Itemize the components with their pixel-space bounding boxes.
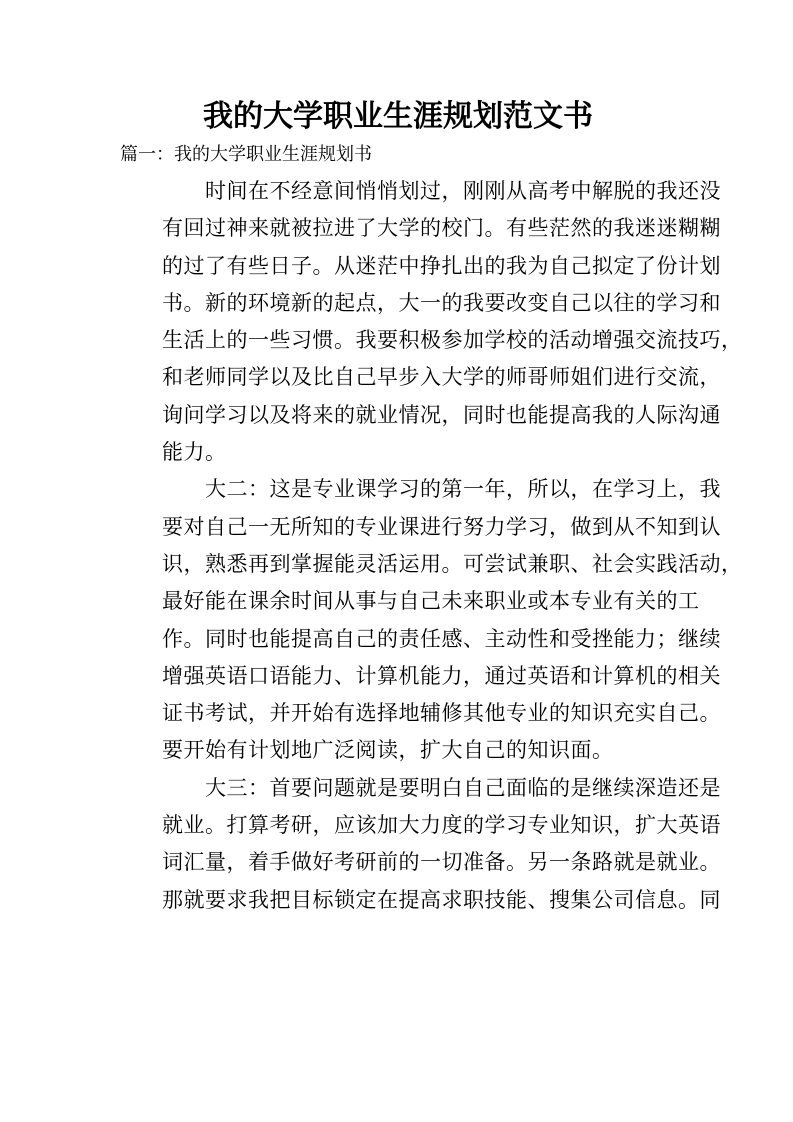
- text-line: 时间在不经意间悄悄划过，刚刚从高考中解脱的我还没: [120, 173, 676, 210]
- text-line: 书。新的环境新的起点，大一的我要改变自己以往的学习和: [120, 285, 676, 322]
- text-line: 生活上的一些习惯。我要积极参加学校的活动增强交流技巧，: [120, 322, 676, 359]
- text-line: 有回过神来就被拉进了大学的校门。有些茫然的我迷迷糊糊: [120, 210, 676, 247]
- text-line: 大二：这是专业课学习的第一年，所以，在学习上，我: [120, 471, 676, 508]
- text-line: 要对自己一无所知的专业课进行努力学习，做到从不知到认: [120, 509, 676, 546]
- document-page: 我的大学职业生涯规划范文书 篇一：我的大学职业生涯规划书 时间在不经意间悄悄划过…: [120, 96, 676, 919]
- text-line: 和老师同学以及比自己早步入大学的师哥师姐们进行交流，: [120, 359, 676, 396]
- text-line: 要开始有计划地广泛阅读，扩大自己的知识面。: [120, 732, 676, 769]
- text-line: 就业。打算考研，应该加大力度的学习专业知识，扩大英语: [120, 807, 676, 844]
- text-line: 最好能在课余时间从事与自己未来职业或本专业有关的工: [120, 583, 676, 620]
- paragraph-junior: 大三：首要问题就是要明白自己面临的是继续深造还是 就业。打算考研，应该加大力度的…: [120, 770, 676, 919]
- paragraph-freshman: 时间在不经意间悄悄划过，刚刚从高考中解脱的我还没 有回过神来就被拉进了大学的校门…: [120, 173, 676, 471]
- text-line: 那就要求我把目标锁定在提高求职技能、搜集公司信息。同: [120, 882, 676, 919]
- text-line: 识，熟悉再到掌握能灵活运用。可尝试兼职、社会实践活动，: [120, 546, 676, 583]
- text-line: 作。同时也能提高自己的责任感、主动性和受挫能力；继续: [120, 621, 676, 658]
- text-line: 大三：首要问题就是要明白自己面临的是继续深造还是: [120, 770, 676, 807]
- text-line: 证书考试，并开始有选择地辅修其他专业的知识充实自己。: [120, 695, 676, 732]
- section-heading: 篇一：我的大学职业生涯规划书: [120, 141, 676, 169]
- document-title: 我的大学职业生涯规划范文书: [120, 96, 676, 138]
- text-line: 的过了有些日子。从迷茫中挣扎出的我为自己拟定了份计划: [120, 248, 676, 285]
- paragraph-sophomore: 大二：这是专业课学习的第一年，所以，在学习上，我 要对自己一无所知的专业课进行努…: [120, 471, 676, 769]
- text-line: 询问学习以及将来的就业情况，同时也能提高我的人际沟通: [120, 397, 676, 434]
- text-line: 能力。: [120, 434, 676, 471]
- text-line: 词汇量，着手做好考研前的一切准备。另一条路就是就业。: [120, 844, 676, 881]
- text-line: 增强英语口语能力、计算机能力，通过英语和计算机的相关: [120, 658, 676, 695]
